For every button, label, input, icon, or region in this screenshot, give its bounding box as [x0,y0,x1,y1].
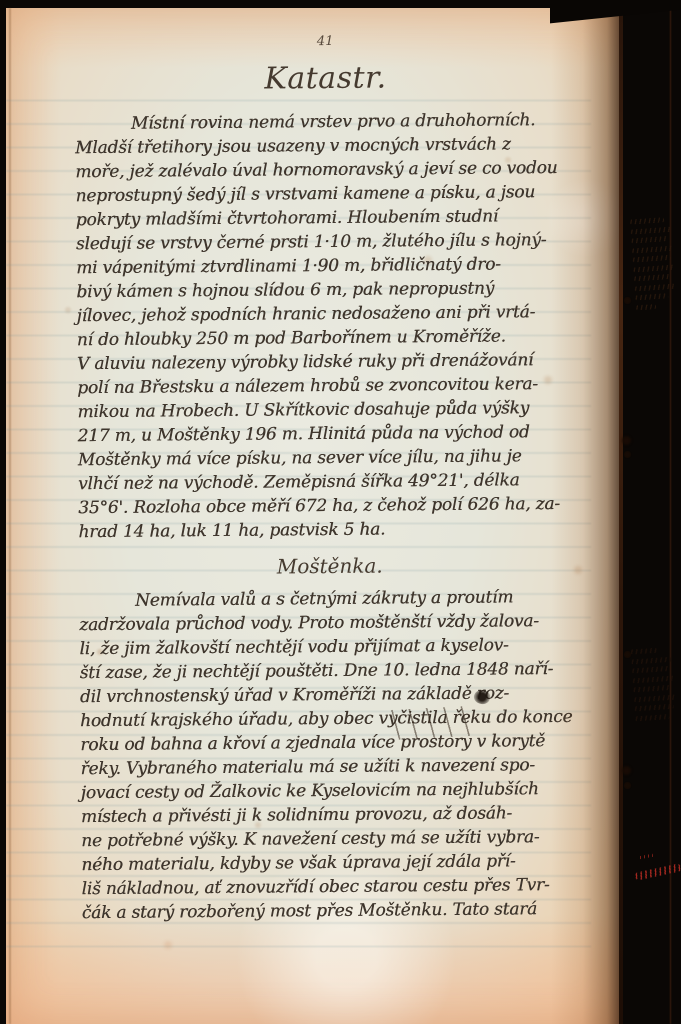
paragraph-mostenka: Nemívala valů a s četnými zákruty a prou… [79,585,584,925]
scribble-stroke [631,226,671,234]
margin-note-lower [631,647,679,721]
handwritten-text-block: 41 Katastr. Místní rovina nemá vrstev pr… [74,32,584,925]
margin-note-upper [630,217,678,310]
scribble-stroke [633,264,675,272]
handwritten-line: čák a starý rozbořený most přes Moštěnku… [82,897,584,925]
scribble-stroke [632,245,673,253]
scribble-stroke [633,685,670,693]
handwritten-line: neprostupný šedý jíl s vrstvami kamene a… [75,180,577,208]
handwritten-line: 35°6'. Rozloha obce měří 672 ha, z čehož… [78,492,580,520]
scribble-stroke [635,283,675,291]
page-number: 41 [74,32,576,51]
margin-note-red-small [639,854,653,859]
paragraph-katastr: Místní rovina nemá vrstev prvo a druhoho… [75,108,581,544]
paper-stains [6,8,10,12]
handwritten-line: hrad 14 ha, luk 11 ha, pastvisk 5 ha. [78,516,580,544]
scribble-stroke [631,656,671,664]
scribble-stroke [634,694,677,702]
pen-scratch-marks [389,706,470,740]
section-heading-katastr: Katastr. [74,59,576,98]
scribble-stroke [630,217,664,224]
scribble-stroke [635,714,669,721]
scribble-stroke [633,255,671,263]
facing-page-edge [623,0,681,1024]
scribble-stroke [635,704,674,712]
scribble-stroke [636,303,656,309]
scribble-stroke [631,236,668,244]
section-heading-mostenka: Moštěnka. [79,552,581,580]
scribble-stroke [635,293,668,300]
chronicle-page: 41 Katastr. Místní rovina nemá vrstev pr… [6,8,621,1024]
scribble-stroke [634,274,670,281]
scribble-stroke [631,648,657,655]
book-scan: 41 Katastr. Místní rovina nemá vrstev pr… [0,0,681,1024]
margin-note-red-ink [635,863,681,880]
binding-gutter-shadow [551,8,621,1024]
handwritten-line: sledují se vrstvy černé prsti 1·10 m, žl… [76,228,578,256]
scribble-stroke [633,675,675,683]
scribble-stroke [632,666,670,674]
